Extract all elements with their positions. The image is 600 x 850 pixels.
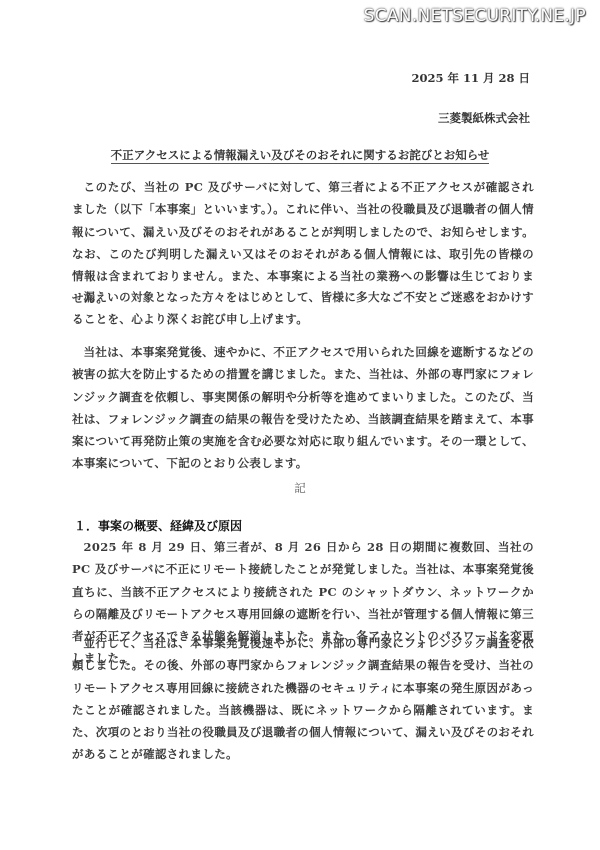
section-heading: １．事案の概要、経緯及び原因 — [74, 517, 242, 534]
document-title: 不正アクセスによる情報漏えい及びそのおそれに関するお詫びとお知らせ — [0, 147, 600, 163]
company-name: 三菱製紙株式会社 — [438, 110, 530, 126]
site-watermark: SCAN.NETSECURITY.NE.JP — [364, 6, 586, 26]
document-title-text: 不正アクセスによる情報漏えい及びそのおそれに関するお詫びとお知らせ — [111, 148, 490, 164]
ki-marker: 記 — [0, 480, 600, 496]
section-paragraph: 並行して、当社は、本事案発覚後速やかに、外部の専門家にフォレンジック調査を依頼し… — [72, 632, 534, 766]
apology-paragraph: 漏えいの対象となった方々をはじめとして、皆様に多大なご不安とご迷惑をおかけするこ… — [72, 286, 534, 331]
document-date: 2025 年 11 月 28 日 — [411, 70, 530, 86]
response-paragraph: 当社は、本事案発覚後、速やかに、不正アクセスで用いられた回線を遮断するなどの被害… — [72, 341, 534, 475]
